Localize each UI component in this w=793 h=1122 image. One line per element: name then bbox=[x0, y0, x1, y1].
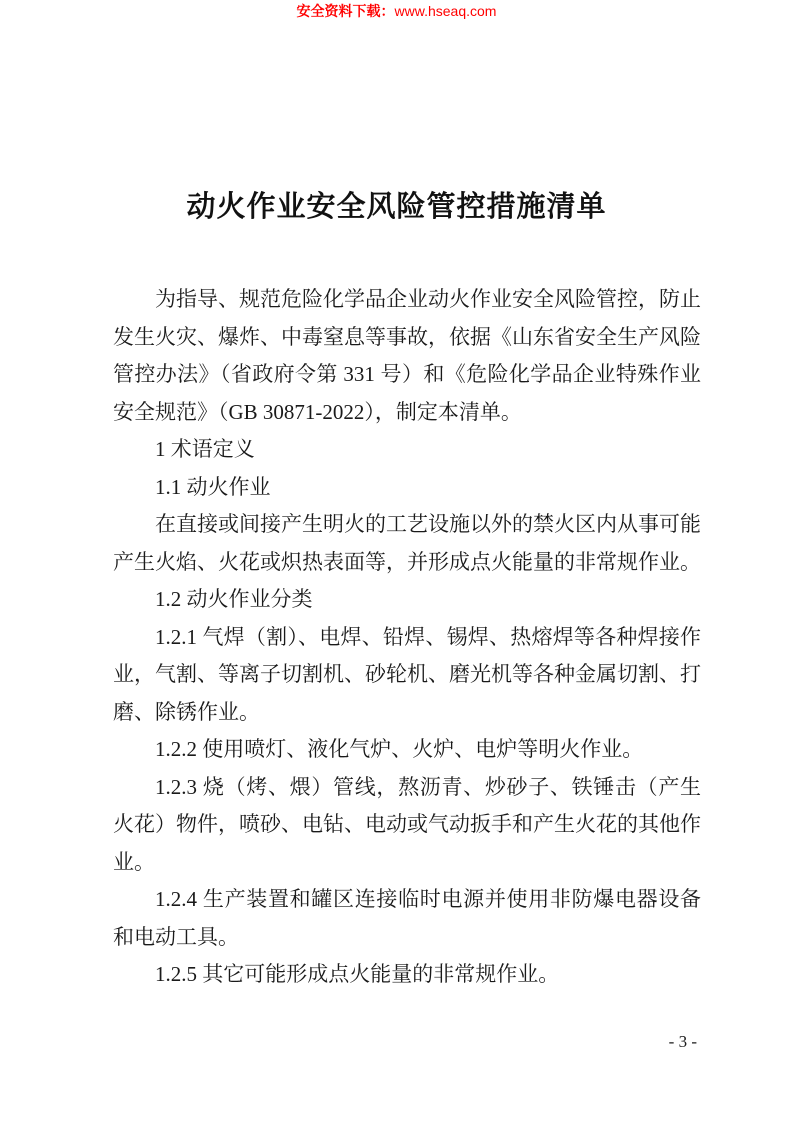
paragraph-1-2-2: 1.2.2 使用喷灯、液化气炉、火炉、电炉等明火作业。 bbox=[113, 731, 701, 769]
document-body: 为指导、规范危险化学品企业动火作业安全风险管控，防止发生火灾、爆炸、中毒窒息等事… bbox=[113, 281, 701, 994]
paragraph-hotwork-definition: 在直接或间接产生明火的工艺设施以外的禁火区内从事可能产生火焰、火花或炽热表面等，… bbox=[113, 506, 701, 581]
document-page: 安全资料下载：www.hseaq.com 动火作业安全风险管控措施清单 为指导、… bbox=[0, 0, 793, 1122]
heading-1-1-hotwork: 1.1 动火作业 bbox=[113, 469, 701, 507]
paragraph-1-2-4: 1.2.4 生产装置和罐区连接临时电源并使用非防爆电器设备和电动工具。 bbox=[113, 881, 701, 956]
header-download-label: 安全资料下载： bbox=[297, 3, 395, 19]
paragraph-1-2-5: 1.2.5 其它可能形成点火能量的非常规作业。 bbox=[113, 956, 701, 994]
paragraph-intro: 为指导、规范危险化学品企业动火作业安全风险管控，防止发生火灾、爆炸、中毒窒息等事… bbox=[113, 281, 701, 431]
header-site-link[interactable]: www.hseaq.com bbox=[395, 3, 497, 19]
header-watermark: 安全资料下载：www.hseaq.com bbox=[0, 3, 793, 20]
heading-1-terms: 1 术语定义 bbox=[113, 431, 701, 469]
page-title: 动火作业安全风险管控措施清单 bbox=[0, 186, 793, 228]
paragraph-1-2-1: 1.2.1 气焊（割）、电焊、铅焊、锡焊、热熔焊等各种焊接作业，气割、等离子切割… bbox=[113, 619, 701, 732]
heading-1-2-classification: 1.2 动火作业分类 bbox=[113, 581, 701, 619]
paragraph-1-2-3: 1.2.3 烧（烤、煨）管线，熬沥青、炒砂子、铁锤击（产生火花）物件，喷砂、电钻… bbox=[113, 769, 701, 882]
page-number: - 3 - bbox=[669, 1031, 697, 1053]
